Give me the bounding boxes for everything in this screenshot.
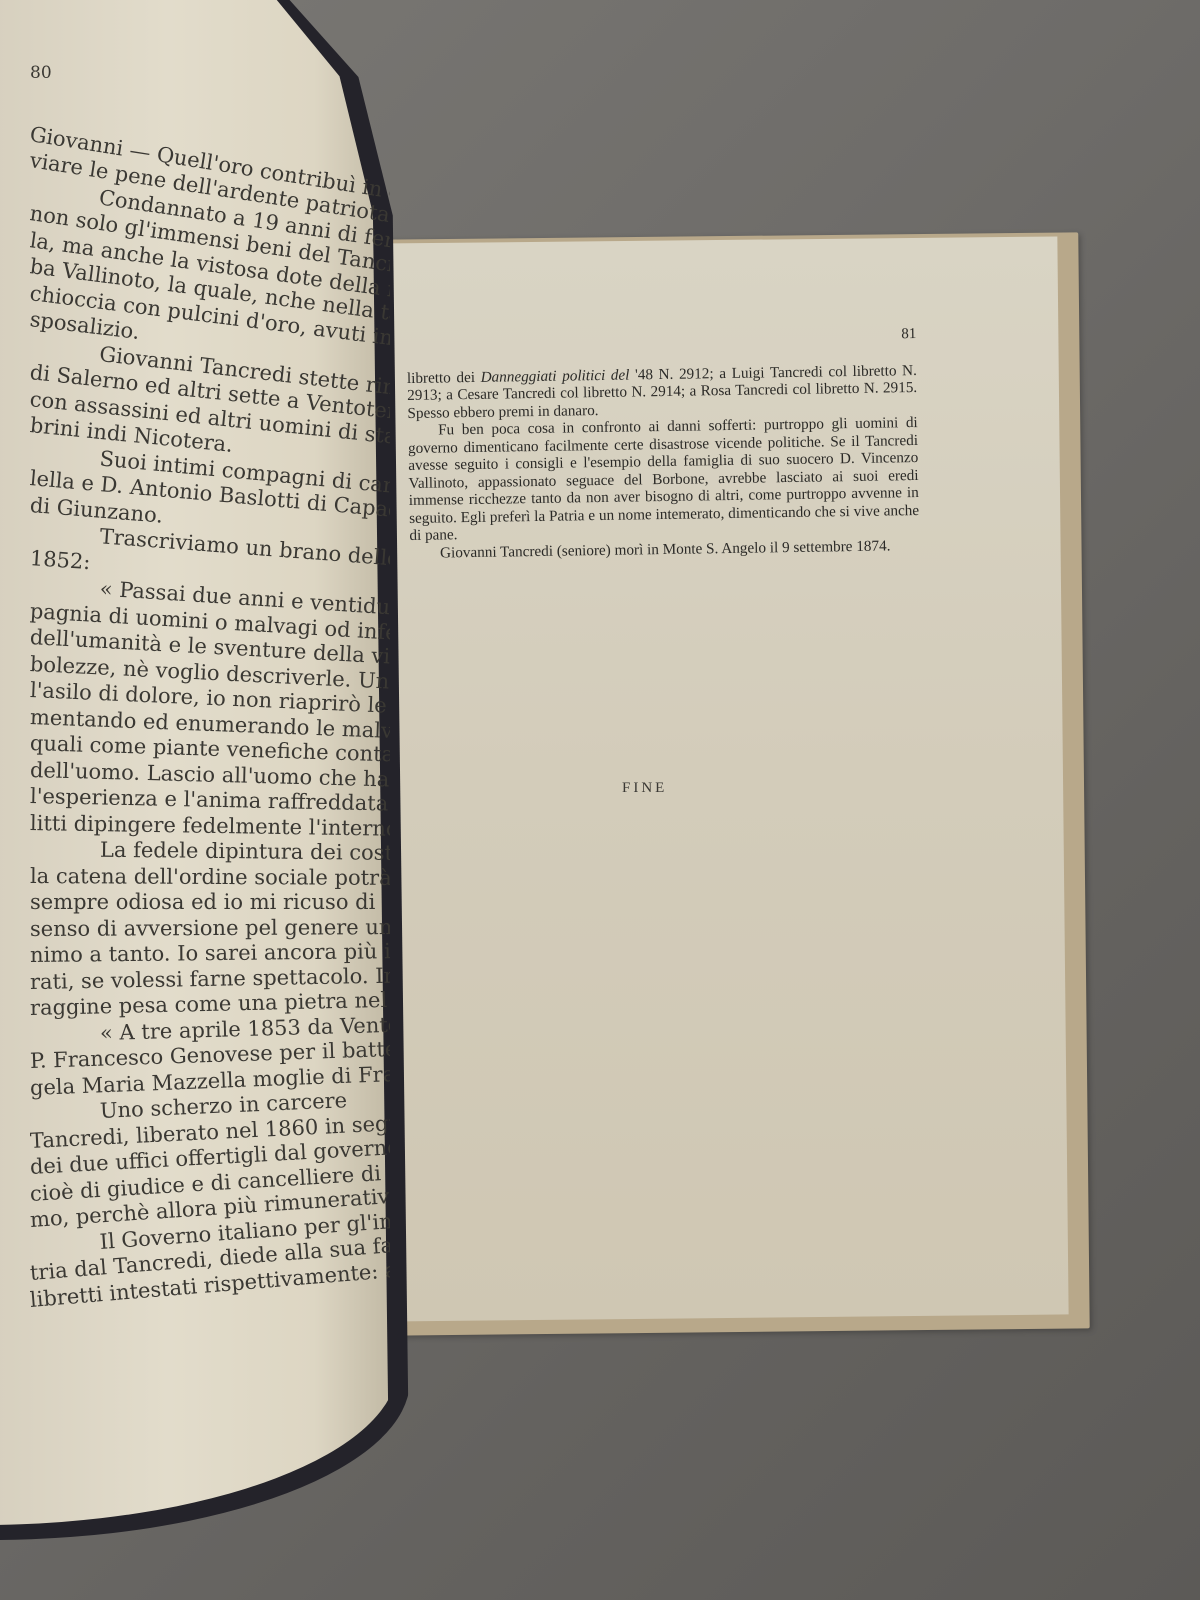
text-line: sempre odiosa ed io mi ricuso di (30, 889, 390, 916)
text-line: senso di avversione pel genere umano (30, 914, 390, 942)
paragraph: Fu ben poca cosa in confronto ai danni s… (408, 414, 920, 544)
text-segment: libretto dei (407, 368, 481, 386)
end-mark: FINE (622, 780, 667, 797)
right-page-text: 81 libretto dei Danneggiati politici del… (406, 326, 920, 562)
text-line: La fedele dipintura dei costumi di (30, 836, 390, 866)
text-segment: Fu ben poca cosa in confronto ai danni s… (408, 414, 919, 544)
page-number-left: 80 (30, 60, 390, 87)
italic-title: Danneggiati politici del (480, 366, 629, 385)
paragraph: libretto dei Danneggiati politici del '4… (407, 362, 918, 423)
left-page-text: 80 Giovanni — Quell'oro contribuì in cer… (30, 60, 390, 1313)
text-line: la catena dell'ordine sociale potrà esse… (30, 863, 390, 891)
